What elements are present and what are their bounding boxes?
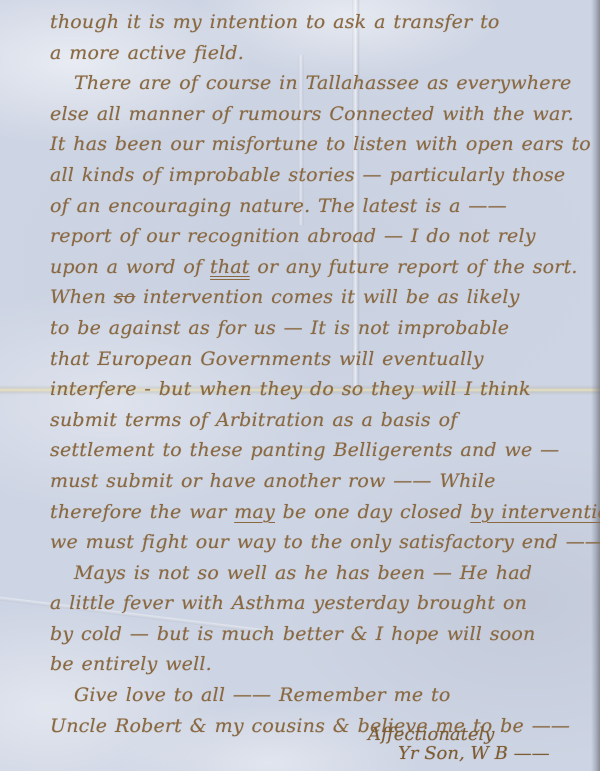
letter-body: though it is my intention to ask a trans… <box>50 7 578 741</box>
letter-line: that European Governments will eventuall… <box>50 344 578 375</box>
letter-line: settlement to these panting Belligerents… <box>50 435 578 466</box>
letter-line: upon a word of that or any future report… <box>50 252 578 283</box>
letter-line: by cold — but is much better & I hope wi… <box>50 619 578 650</box>
letter-line: report of our recognition abroad — I do … <box>50 221 578 252</box>
letter-line: a more active field. <box>50 38 578 69</box>
letter-text: or any future report of the sort. <box>250 256 578 278</box>
letter-text: be one day closed <box>275 501 470 523</box>
letter-line: interfere - but when they do so they wil… <box>50 374 578 405</box>
letter-line: There are of course in Tallahassee as ev… <box>50 68 578 99</box>
letter-line: else all manner of rumours Connected wit… <box>50 99 578 130</box>
letter-line: to be against as for us — It is not impr… <box>50 313 578 344</box>
letter-line: a little fever with Asthma yesterday bro… <box>50 588 578 619</box>
letter-line: Mays is not so well as he has been — He … <box>50 558 578 589</box>
letter-line: of an encouraging nature. The latest is … <box>50 191 578 222</box>
letter-line: Uncle Robert & my cousins & believe me t… <box>50 711 578 742</box>
letter-line: therefore the war may be one day closed … <box>50 497 578 528</box>
letter-word-struck-out: so <box>114 286 136 308</box>
letter-word-underlined: that <box>210 256 250 278</box>
closing-valediction: Affectionately <box>368 726 494 744</box>
letter-line: Give love to all —— Remember me to <box>50 680 578 711</box>
letter-line: It has been our misfortune to listen wit… <box>50 129 578 160</box>
letter-line: we must fight our way to the only satisf… <box>50 527 578 558</box>
letter-line: though it is my intention to ask a trans… <box>50 7 578 38</box>
letter-line: submit terms of Arbitration as a basis o… <box>50 405 578 436</box>
letter-line: be entirely well. <box>50 649 578 680</box>
letter-text: upon a word of <box>50 256 210 278</box>
closing-signature: Yr Son, W B —— <box>398 745 550 763</box>
letter-page: though it is my intention to ask a trans… <box>0 0 600 771</box>
letter-text: therefore the war <box>50 501 234 523</box>
letter-line: all kinds of improbable stories — partic… <box>50 160 578 191</box>
letter-word-underlined: may <box>234 501 275 523</box>
letter-text: When <box>50 286 114 308</box>
scan-edge-shadow <box>591 0 600 771</box>
letter-word-underlined: by intervention, <box>470 501 600 523</box>
letter-line: When so intervention comes it will be as… <box>50 282 578 313</box>
letter-line: must submit or have another row —— While <box>50 466 578 497</box>
letter-text: intervention comes it will be as likely <box>135 286 519 308</box>
